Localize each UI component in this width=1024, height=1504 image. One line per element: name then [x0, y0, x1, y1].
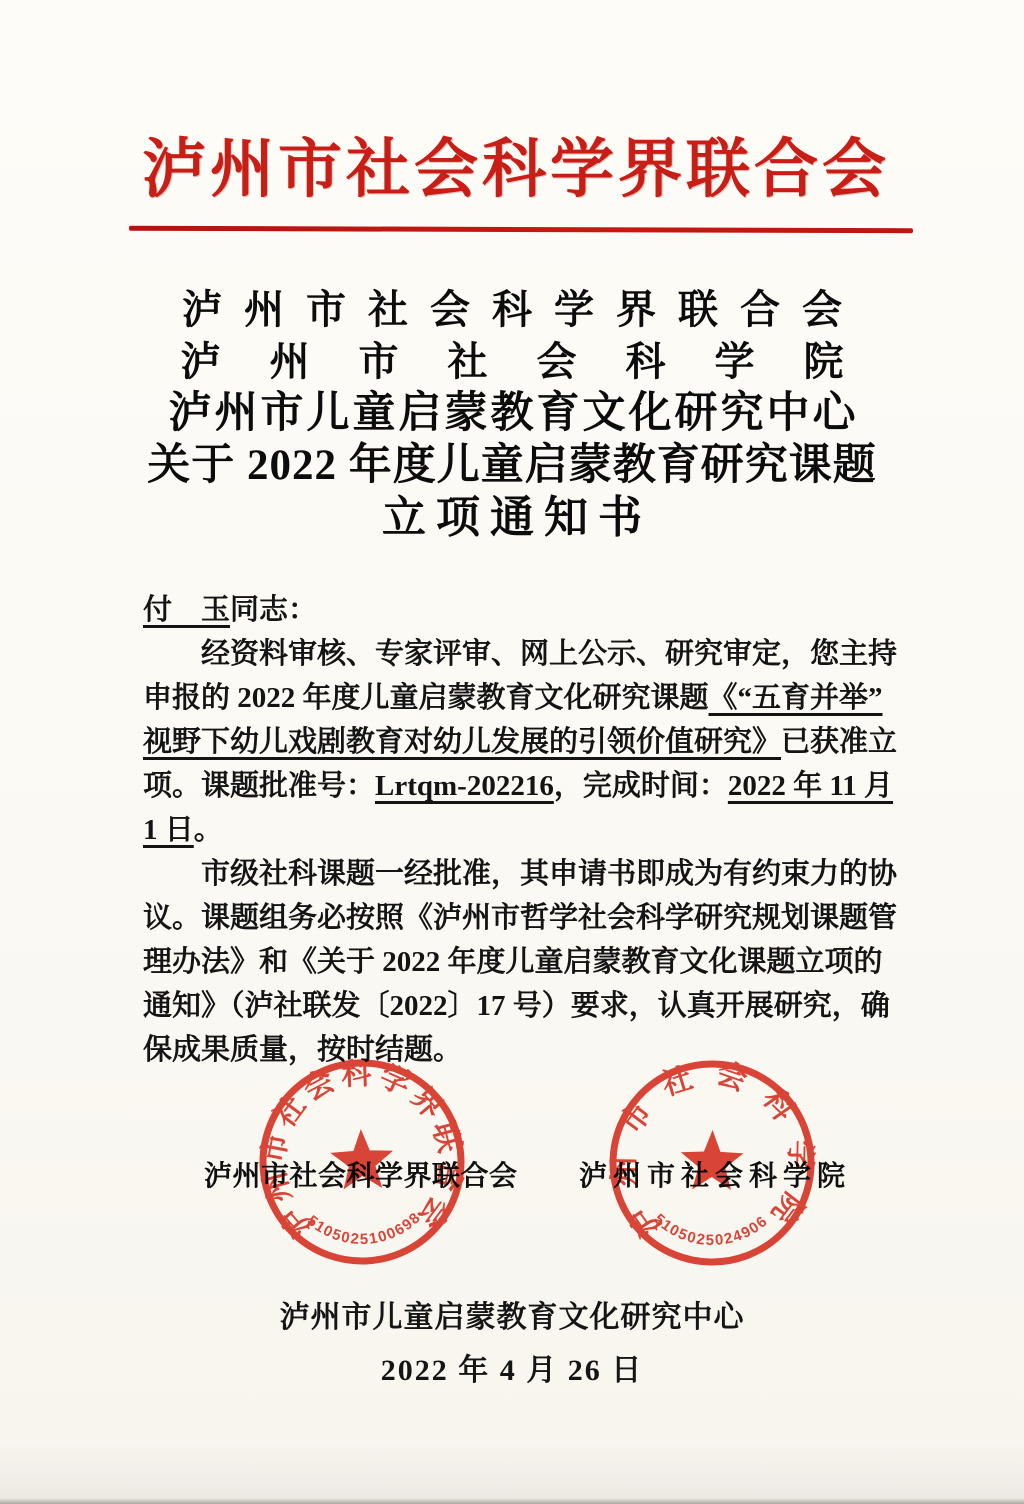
body-text: 申报的 2022 年度儿童启蒙教育文化研究课题 [143, 682, 709, 714]
body-text: 项。课题批准号： [143, 770, 375, 802]
svg-text:5105025024906: 5105025024906 [650, 1210, 772, 1250]
project-title-underlined: 《“五育并举” [709, 682, 883, 714]
title-line-academy: 泸州市社会科学院 [0, 336, 1024, 388]
federation-seal: 泸州市社会科学界联合会 5105025100698 [248, 1048, 476, 1276]
title-line-research-center: 泸州市儿童启蒙教育文化研究中心 [0, 388, 1024, 440]
body-line: 理办法》和《关于 2022 年度儿童启蒙教育文化课题立项的 [143, 940, 899, 984]
footer-issuing-org: 泸州市儿童启蒙教育文化研究中心 [0, 1292, 1024, 1336]
masthead-rule [129, 226, 913, 233]
body-text: 已获准立 [781, 726, 897, 758]
document-page: 泸州市社会科学界联合会 泸州市社会科学界联合会 泸州市社会科学院 泸州市儿童启蒙… [0, 0, 1024, 1504]
recipient-name: 付 玉 [143, 594, 230, 626]
star-icon [329, 1128, 394, 1190]
deadline-date: 2022 年 11 月 [728, 770, 893, 802]
title-line-federation: 泸州市社会科学界联合会 [0, 284, 1024, 336]
deadline-date: 1 日 [143, 814, 194, 846]
body-line: 1 日。 [143, 808, 899, 852]
letter-body: 付 玉同志： 经资料审核、专家评审、网上公示、研究审定，您主持 申报的 2022… [143, 588, 899, 1072]
body-text: ，完成时间： [554, 770, 728, 802]
masthead-title: 泸州市社会科学界联合会 [0, 118, 1024, 210]
approval-number: Lrtqm-202216 [375, 770, 554, 802]
academy-seal: 泸州市社会科学院 5105025024906 [600, 1051, 824, 1275]
project-title-underlined: 视野下幼儿戏剧教育对幼儿发展的引领价值研究》 [143, 726, 781, 758]
body-line: 议。课题组务必按照《泸州市哲学社会科学研究规划课题管 [143, 896, 899, 940]
scan-edge [0, 1498, 1024, 1504]
body-line: 项。课题批准号：Lrtqm-202216，完成时间：2022 年 11 月 [143, 764, 899, 808]
document-title-block: 泸州市社会科学界联合会 泸州市社会科学院 泸州市儿童启蒙教育文化研究中心 关于 … [0, 284, 1024, 544]
body-line: 通知》（泸社联发〔2022〕17 号）要求，认真开展研究，确 [143, 984, 899, 1028]
body-line: 市级社科课题一经批准，其申请书即成为有约束力的协 [143, 852, 899, 896]
body-line: 经资料审核、专家评审、网上公示、研究审定，您主持 [143, 632, 899, 676]
star-icon [680, 1129, 744, 1190]
footer-date: 2022 年 4 月 26 日 [0, 1345, 1024, 1389]
title-line-notice-type: 立项通知书 [0, 492, 1024, 544]
seal-code: 5105025100698 [303, 1208, 425, 1250]
body-line: 申报的 2022 年度儿童启蒙教育文化研究课题《“五育并举” [143, 676, 899, 720]
body-text: 。 [194, 814, 223, 846]
seal-code: 5105025024906 [650, 1210, 772, 1250]
salutation-suffix: 同志： [230, 594, 317, 626]
salutation-line: 付 玉同志： [143, 588, 899, 632]
title-line-subject: 关于 2022 年度儿童启蒙教育研究课题 [0, 440, 1024, 492]
body-line: 视野下幼儿戏剧教育对幼儿发展的引领价值研究》已获准立 [143, 720, 899, 764]
svg-text:5105025100698: 5105025100698 [303, 1208, 425, 1250]
